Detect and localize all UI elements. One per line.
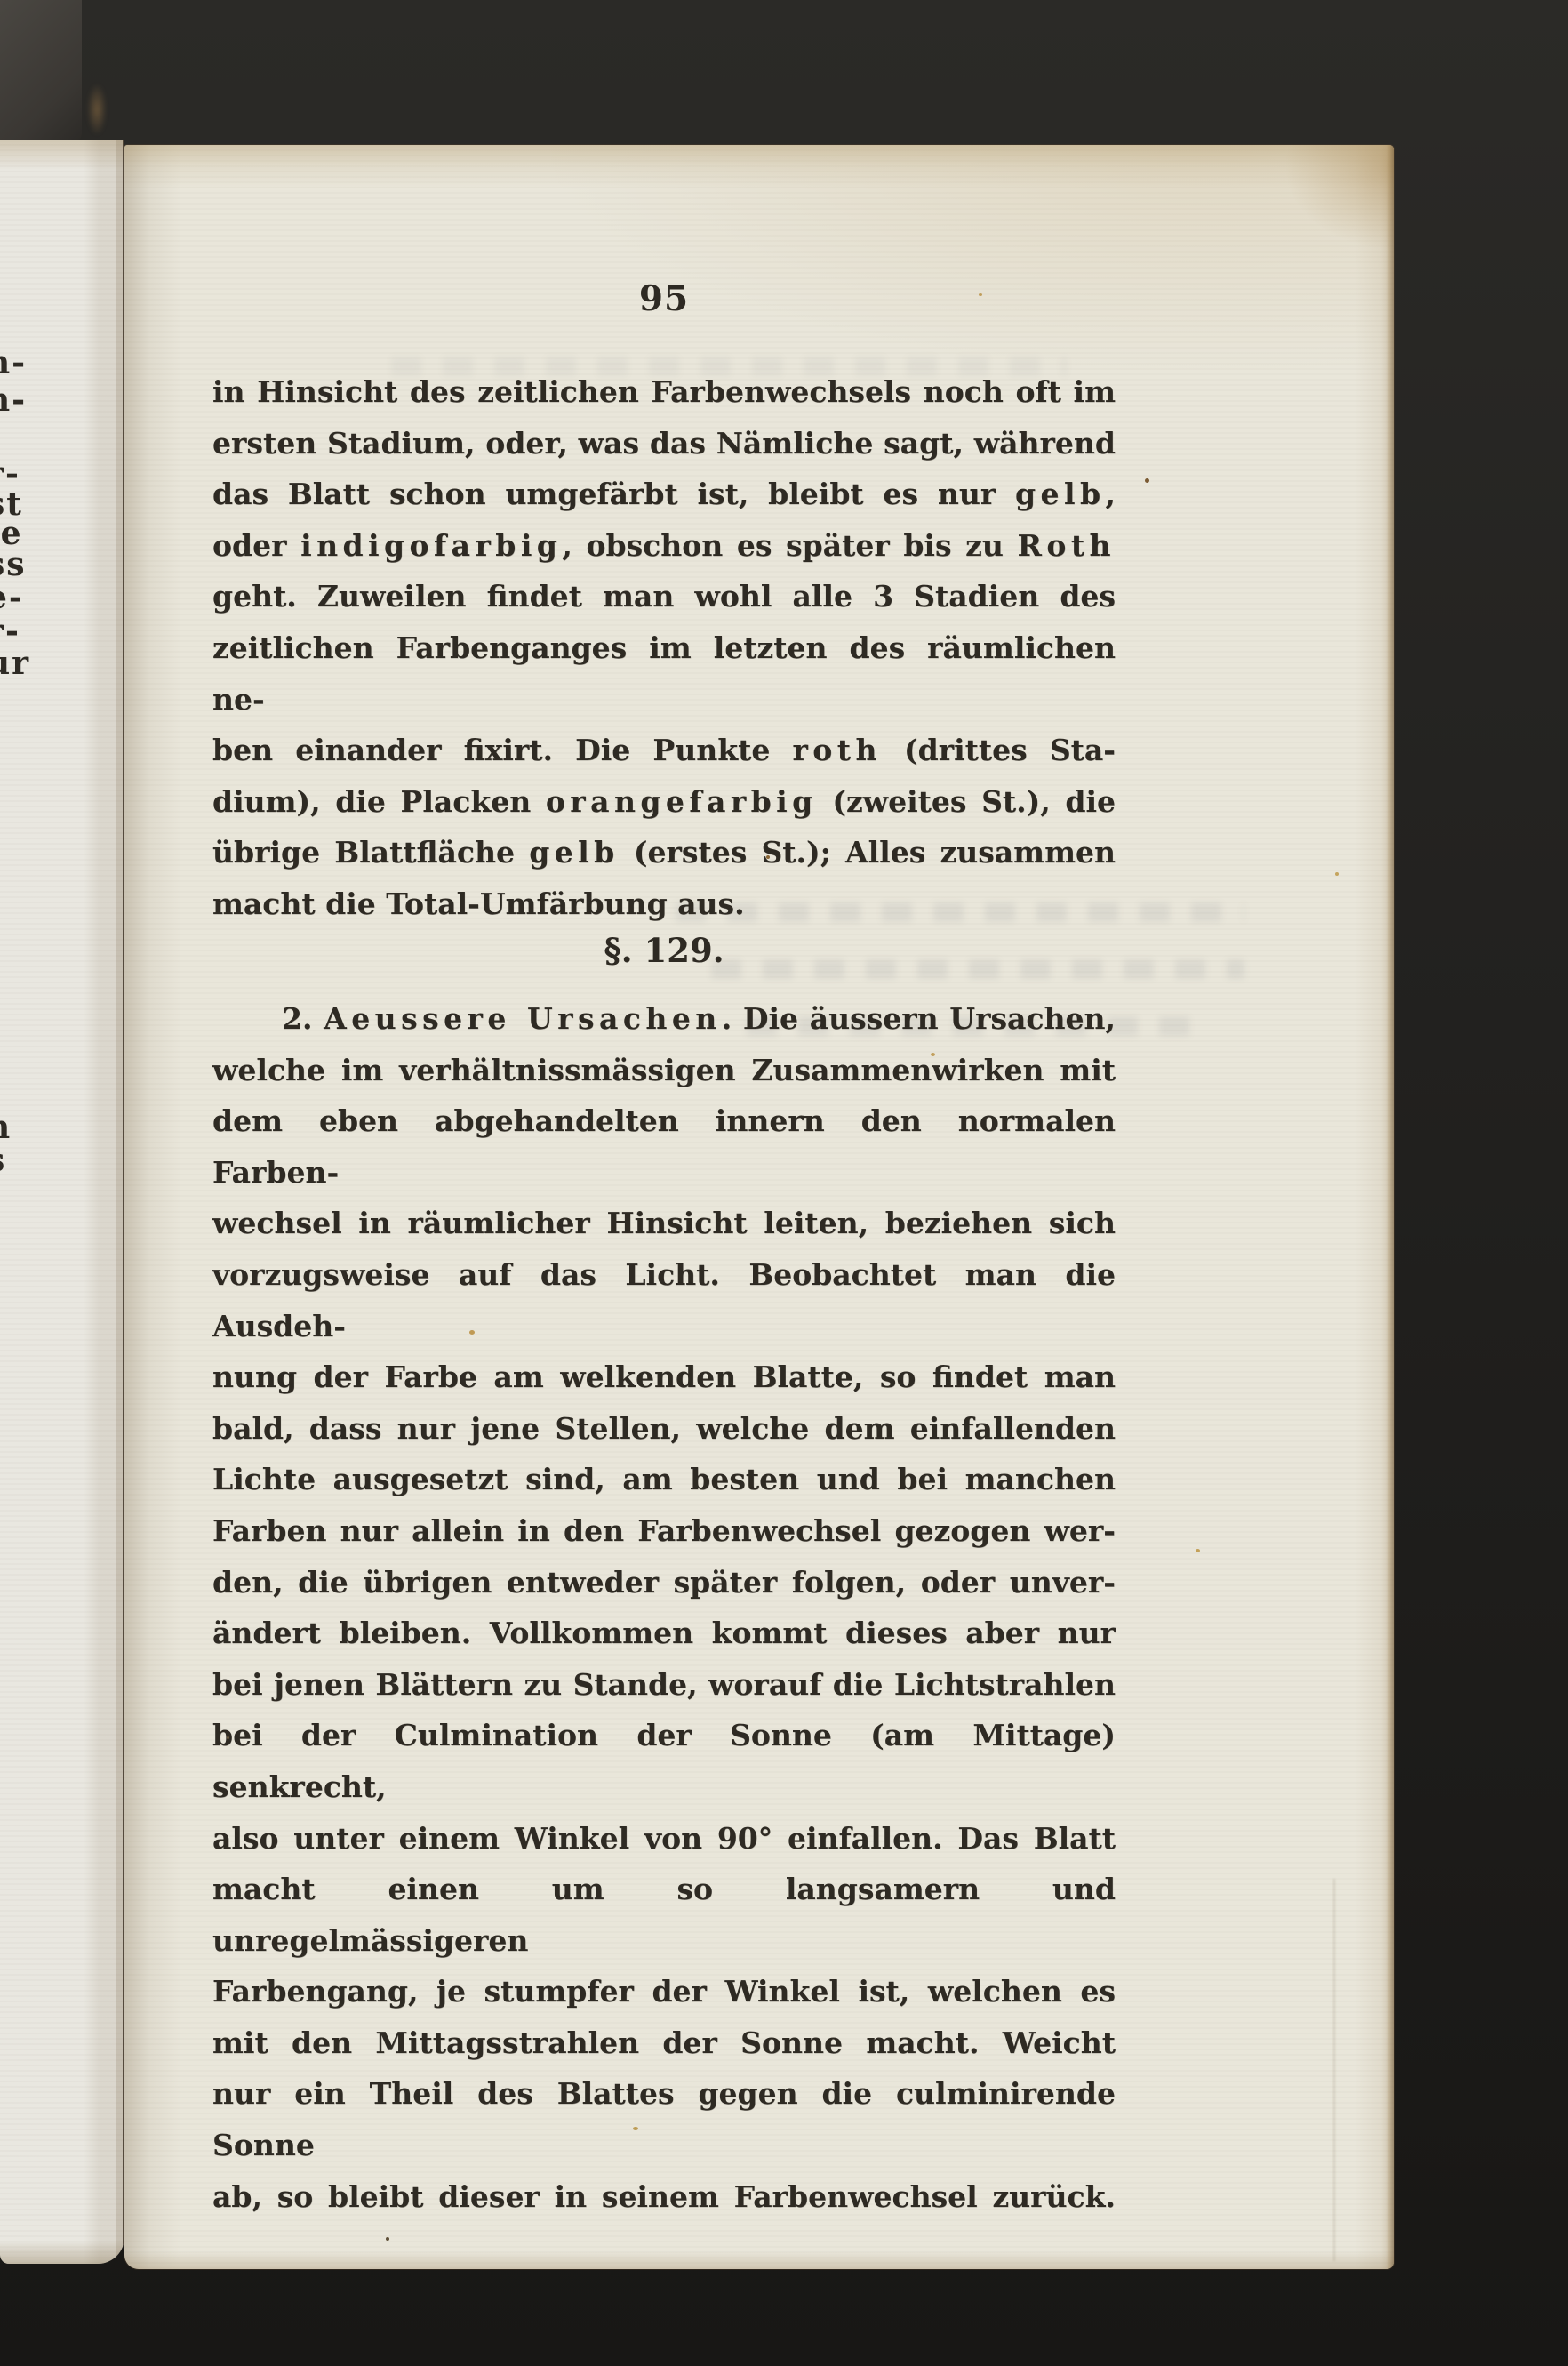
text-segment: geht. Zuweilen findet man wohl alle 3 St… <box>212 579 1116 614</box>
text-line: bei jenen Blättern zu Stande, worauf die… <box>212 1659 1116 1711</box>
text-line: ben einander fixirt. Die Punkte roth (dr… <box>212 725 1116 776</box>
text-segment: in Hinsicht des zeitlichen Farbenwechsel… <box>212 374 1116 409</box>
text-line: geht. Zuweilen findet man wohl alle 3 St… <box>212 571 1116 622</box>
text-line: ändert bleiben. Vollkommen kommt dieses … <box>212 1608 1116 1659</box>
emphasized-text: indigofarbig <box>300 528 562 563</box>
text-line: dium), die Placken orangefarbig (zweites… <box>212 776 1116 828</box>
dust-speck <box>979 293 982 296</box>
gutter-text-fragment: ur <box>0 646 30 681</box>
dust-speck <box>469 1330 475 1335</box>
text-segment: (drittes Sta- <box>882 733 1116 767</box>
text-segment: zeitlichen Farbenganges im letzten des r… <box>212 630 1116 717</box>
book-page: 95 in Hinsicht des zeitlichen Farbenwech… <box>124 145 1394 2269</box>
text-segment: oder <box>212 528 300 563</box>
emphasized-text: orangefarbig <box>546 784 818 819</box>
text-line: mit den Mittagsstrahlen der Sonne macht.… <box>212 2017 1116 2069</box>
text-segment: macht die Total-Umfärbung aus. <box>212 886 745 921</box>
text-line: in Hinsicht des zeitlichen Farbenwechsel… <box>212 366 1116 418</box>
text-line: nur ein Theil des Blattes gegen die culm… <box>212 2068 1116 2170</box>
text-segment: Lichte ausgesetzt sind, am besten und be… <box>212 1462 1116 1496</box>
text-segment: , <box>1106 477 1116 511</box>
text-line: bei der Culmination der Sonne (am Mittag… <box>212 1710 1116 1812</box>
gutter-text-fragment: s <box>0 1143 6 1178</box>
text-line: 2. Aeussere Ursachen. Die äussern Ursach… <box>212 993 1116 1045</box>
text-line: wechsel in räumlicher Hinsicht leiten, b… <box>212 1198 1116 1249</box>
text-line: Farben nur allein in den Farbenwechsel g… <box>212 1505 1116 1557</box>
page-stack-edge <box>1386 145 1394 2269</box>
text-segment: übrige Blattfläche <box>212 835 529 870</box>
emphasized-text: Roth <box>1018 528 1116 563</box>
gutter-text-fragment: h- <box>0 345 27 381</box>
emphasized-text: gelb <box>1015 477 1105 511</box>
text-line: macht die Total-Umfärbung aus. <box>212 878 1116 930</box>
text-segment: das Blatt schon umgefärbt ist, bleibt es… <box>212 477 1015 511</box>
text-segment: wechsel in räumlicher Hinsicht leiten, b… <box>212 1206 1116 1240</box>
text-line: welche im verhältnissmässigen Zusammenwi… <box>212 1045 1116 1096</box>
gutter-text-fragment: n- <box>0 382 27 418</box>
text-line: also unter einem Winkel von 90° einfalle… <box>212 1813 1116 1865</box>
facing-page-edge: h-n-r-stiesse-r-urns--..il <box>0 140 124 2264</box>
text-line: oder indigofarbig, obschon es später bis… <box>212 520 1116 572</box>
dust-speck <box>1335 872 1339 876</box>
dust-speck <box>227 1736 229 1739</box>
text-segment: macht einen um so langsamern und unregel… <box>212 1872 1116 1958</box>
text-line: das Blatt schon umgefärbt ist, bleibt es… <box>212 469 1116 520</box>
text-segment: dem eben abgehandelten innern den normal… <box>212 1103 1116 1190</box>
text-segment: 2. <box>282 1001 324 1036</box>
text-segment: welche im verhältnissmässigen Zusammenwi… <box>212 1053 1116 1087</box>
book-scan: h-n-r-stiesse-r-urns--..il 95 in Hinsich… <box>0 0 1568 2366</box>
paragraph-1: in Hinsicht des zeitlichen Farbenwechsel… <box>212 366 1116 930</box>
text-segment: bald, dass nur jene Stellen, welche dem … <box>212 1411 1116 1446</box>
text-line: Lichte ausgesetzt sind, am besten und be… <box>212 1454 1116 1505</box>
text-line: bald, dass nur jene Stellen, welche dem … <box>212 1403 1116 1455</box>
gutter-text-fragment: i <box>0 1291 1 1327</box>
text-segment: bei der Culmination der Sonne (am Mittag… <box>212 1718 1116 1804</box>
dust-speck <box>1196 1549 1200 1552</box>
dust-speck <box>1145 478 1149 483</box>
paragraph-2: 2. Aeussere Ursachen. Die äussern Ursach… <box>212 993 1116 2222</box>
text-line: ersten Stadium, oder, was das Nämliche s… <box>212 418 1116 469</box>
text-segment: vorzugsweise auf das Licht. Beobachtet m… <box>212 1257 1116 1343</box>
gutter-text-fragment: n <box>0 1110 12 1145</box>
text-line: den, die übrigen entweder später folgen,… <box>212 1557 1116 1608</box>
gutter-text-fragment: e- <box>0 580 24 615</box>
text-segment: nur ein Theil des Blattes gegen die culm… <box>212 2076 1116 2162</box>
gutter-top-highlight <box>84 75 110 144</box>
text-segment: , obschon es später bis zu <box>562 528 1017 563</box>
emphasized-text: roth <box>792 733 881 767</box>
text-line: macht einen um so langsamern und unregel… <box>212 1864 1116 1966</box>
dust-speck <box>386 2237 389 2241</box>
page-number: 95 <box>212 278 1116 319</box>
emphasized-text: Aeussere Ursachen <box>324 1001 722 1036</box>
text-line: Farbengang, je stumpfer der Winkel ist, … <box>212 1966 1116 2017</box>
text-segment: ben einander fixirt. Die Punkte <box>212 733 792 767</box>
text-segment: den, die übrigen entweder später folgen,… <box>212 1565 1116 1600</box>
paper-crease <box>1333 1879 1335 2261</box>
text-segment: ersten Stadium, oder, was das Nämliche s… <box>212 426 1116 461</box>
text-line: nung der Farbe am welkenden Blatte, so f… <box>212 1351 1116 1403</box>
scanner-bed-patch <box>0 0 82 142</box>
text-segment: . Die äussern Ursachen, <box>722 1001 1116 1036</box>
section-heading: §. 129. <box>212 926 1116 976</box>
gutter-text-fragment: - <box>0 1207 2 1242</box>
text-segment: also unter einem Winkel von 90° einfalle… <box>212 1821 1116 1856</box>
text-line: ab, so bleibt dieser in seinem Farbenwec… <box>212 2171 1116 2223</box>
text-segment: ab, so bleibt dieser in seinem Farbenwec… <box>212 2179 1116 2214</box>
dust-speck <box>766 855 770 859</box>
text-segment: Farben nur allein in den Farbenwechsel g… <box>212 1513 1116 1548</box>
text-line: dem eben abgehandelten innern den normal… <box>212 1095 1116 1198</box>
text-segment: nung der Farbe am welkenden Blatte, so f… <box>212 1359 1116 1394</box>
text-line: zeitlichen Farbenganges im letzten des r… <box>212 622 1116 725</box>
gutter-text-fragment: ss <box>0 547 27 582</box>
text-segment: mit den Mittagsstrahlen der Sonne macht.… <box>212 2025 1116 2060</box>
dust-speck <box>931 1053 935 1056</box>
text-line: übrige Blattfläche gelb (erstes St.); Al… <box>212 827 1116 878</box>
gutter-text-fragment: r- <box>0 614 20 649</box>
text-segment: ändert bleiben. Vollkommen kommt dieses … <box>212 1616 1116 1650</box>
text-segment: dium), die Placken <box>212 784 546 819</box>
dust-speck <box>633 2127 638 2130</box>
text-segment: (erstes St.); Alles zusammen <box>620 835 1116 870</box>
text-segment: bei jenen Blättern zu Stande, worauf die… <box>212 1667 1116 1702</box>
text-line: vorzugsweise auf das Licht. Beobachtet m… <box>212 1249 1116 1351</box>
text-segment: (zweites St.), die <box>818 784 1116 819</box>
emphasized-text: gelb <box>529 835 619 870</box>
text-segment: Farbengang, je stumpfer der Winkel ist, … <box>212 1974 1116 2009</box>
gutter-text-fragment: l <box>0 1325 1 1360</box>
